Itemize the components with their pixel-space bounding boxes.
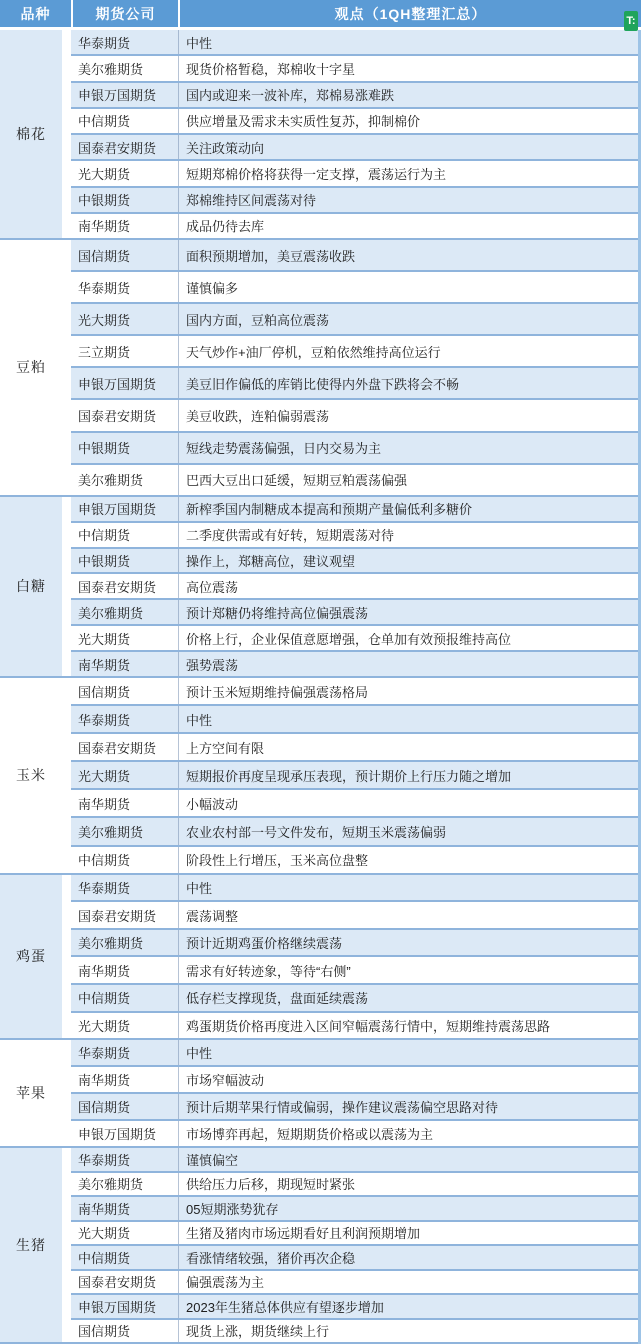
opinion-cell: 预计郑糖仍将维持高位偏强震荡 — [178, 600, 638, 624]
opinion-cell: 需求有好转迹象，等待“右侧” — [178, 957, 638, 983]
table-row: 国泰君安期货关注政策动向 — [71, 135, 638, 161]
variety-cell: 苹果 — [0, 1040, 62, 1148]
table-row: 美尔雅期货巴西大豆出口延缓，短期豆粕震荡偏强 — [71, 465, 638, 497]
opinion-cell: 美豆旧作偏低的库销比使得内外盘下跌将会不畅 — [178, 368, 638, 398]
company-cell: 美尔雅期货 — [71, 600, 178, 624]
opinion-cell: 阶段性上行增压，玉米高位盘整 — [178, 847, 638, 873]
section-rows: 华泰期货中性南华期货市场窄幅波动国信期货预计后期苹果行情或偏弱，操作建议震荡偏空… — [71, 1040, 641, 1148]
company-cell: 南华期货 — [71, 1197, 178, 1220]
column-gap — [62, 1040, 71, 1148]
table-row: 国信期货预计后期苹果行情或偏弱，操作建议震荡偏空思路对待 — [71, 1094, 638, 1121]
company-cell: 中信期货 — [71, 985, 178, 1011]
company-cell: 申银万国期货 — [71, 1121, 178, 1146]
opinion-cell: 2023年生猪总体供应有望逐步增加 — [178, 1295, 638, 1318]
company-cell: 光大期货 — [71, 304, 178, 334]
table-row: 美尔雅期货预计近期鸡蛋价格继续震荡 — [71, 930, 638, 958]
table-row: 中信期货供应增量及需求未实质性复苏，抑制棉价 — [71, 109, 638, 135]
commodity-section: 豆粕国信期货面积预期增加，美豆震荡收跌华泰期货谨慎偏多光大期货国内方面，豆粕高位… — [0, 240, 641, 497]
company-cell: 南华期货 — [71, 790, 178, 816]
table-row: 中信期货阶段性上行增压，玉米高位盘整 — [71, 847, 638, 875]
opinion-cell: 供给压力后移，期现短时紧张 — [178, 1173, 638, 1196]
opinion-cell: 关注政策动向 — [178, 135, 638, 159]
table-row: 南华期货05短期涨势犹存 — [71, 1197, 638, 1222]
opinion-cell: 美豆收跌，连粕偏弱震荡 — [178, 400, 638, 430]
table-row: 光大期货鸡蛋期货价格再度进入区间窄幅震荡行情中，短期维持震荡思路 — [71, 1013, 638, 1041]
section-rows: 国信期货预计玉米短期维持偏强震荡格局华泰期货中性国泰君安期货上方空间有限光大期货… — [71, 678, 641, 875]
opinion-cell: 二季度供需或有好转，短期震荡对待 — [178, 523, 638, 547]
brand-watermark-label: T: — [626, 16, 635, 27]
opinion-cell: 上方空间有限 — [178, 734, 638, 760]
table-row: 国泰君安期货高位震荡 — [71, 574, 638, 600]
variety-cell: 鸡蛋 — [0, 875, 62, 1041]
commodity-section: 生猪华泰期货谨慎偏空美尔雅期货供给压力后移，期现短时紧张南华期货05短期涨势犹存… — [0, 1148, 641, 1344]
company-cell: 美尔雅期货 — [71, 1173, 178, 1196]
opinion-cell: 偏强震荡为主 — [178, 1271, 638, 1294]
table-row: 光大期货价格上行，企业保值意愿增强，仓单加有效预报维持高位 — [71, 626, 638, 652]
table-row: 美尔雅期货供给压力后移，期现短时紧张 — [71, 1173, 638, 1198]
table-body: 棉花华泰期货中性美尔雅期货现货价格暂稳，郑棉收十字星申银万国期货国内或迎来一波补… — [0, 30, 641, 1344]
opinion-cell: 价格上行，企业保值意愿增强，仓单加有效预报维持高位 — [178, 626, 638, 650]
table-row: 光大期货短期郑棉价格将获得一定支撑，震荡运行为主 — [71, 161, 638, 187]
company-cell: 国泰君安期货 — [71, 1271, 178, 1294]
commodity-section: 棉花华泰期货中性美尔雅期货现货价格暂稳，郑棉收十字星申银万国期货国内或迎来一波补… — [0, 30, 641, 240]
table-row: 中银期货郑棉维持区间震荡对待 — [71, 188, 638, 214]
commodity-section: 鸡蛋华泰期货中性国泰君安期货震荡调整美尔雅期货预计近期鸡蛋价格继续震荡南华期货需… — [0, 875, 641, 1041]
table-row: 光大期货国内方面，豆粕高位震荡 — [71, 304, 638, 336]
table-row: 光大期货生猪及猪肉市场远期看好且利润预期增加 — [71, 1222, 638, 1247]
table-row: 南华期货强势震荡 — [71, 652, 638, 678]
opinion-cell: 现货上涨，期货继续上行 — [178, 1320, 638, 1343]
table-row: 申银万国期货新榨季国内制糖成本提高和预期产量偏低利多糖价 — [71, 497, 638, 523]
section-rows: 华泰期货中性国泰君安期货震荡调整美尔雅期货预计近期鸡蛋价格继续震荡南华期货需求有… — [71, 875, 641, 1041]
opinion-cell: 国内或迎来一波补库，郑棉易涨难跌 — [178, 83, 638, 107]
opinion-cell: 谨慎偏空 — [178, 1148, 638, 1171]
header-company: 期货公司 — [71, 0, 178, 27]
company-cell: 中信期货 — [71, 847, 178, 873]
company-cell: 美尔雅期货 — [71, 930, 178, 956]
variety-cell: 豆粕 — [0, 240, 62, 497]
table-row: 华泰期货中性 — [71, 875, 638, 903]
company-cell: 南华期货 — [71, 957, 178, 983]
company-cell: 中信期货 — [71, 1246, 178, 1269]
opinion-cell: 预计玉米短期维持偏强震荡格局 — [178, 678, 638, 704]
company-cell: 光大期货 — [71, 1222, 178, 1245]
table-row: 国泰君安期货震荡调整 — [71, 902, 638, 930]
company-cell: 南华期货 — [71, 214, 178, 238]
table-row: 申银万国期货市场博弈再起，短期期货价格或以震荡为主 — [71, 1121, 638, 1148]
table-row: 美尔雅期货预计郑糖仍将维持高位偏强震荡 — [71, 600, 638, 626]
table-row: 美尔雅期货现货价格暂稳，郑棉收十字星 — [71, 56, 638, 82]
header-opinion: 观点（1QH整理汇总） — [178, 0, 641, 27]
commodity-section: 玉米国信期货预计玉米短期维持偏强震荡格局华泰期货中性国泰君安期货上方空间有限光大… — [0, 678, 641, 875]
company-cell: 南华期货 — [71, 652, 178, 676]
company-cell: 国泰君安期货 — [71, 400, 178, 430]
company-cell: 光大期货 — [71, 626, 178, 650]
company-cell: 华泰期货 — [71, 1148, 178, 1171]
company-cell: 中信期货 — [71, 109, 178, 133]
table-row: 南华期货成品仍待去库 — [71, 214, 638, 240]
section-rows: 华泰期货中性美尔雅期货现货价格暂稳，郑棉收十字星申银万国期货国内或迎来一波补库，… — [71, 30, 641, 240]
company-cell: 华泰期货 — [71, 30, 178, 54]
opinion-cell: 震荡调整 — [178, 902, 638, 928]
company-cell: 申银万国期货 — [71, 497, 178, 521]
table-row: 申银万国期货国内或迎来一波补库，郑棉易涨难跌 — [71, 83, 638, 109]
table-row: 三立期货天气炒作+油厂停机，豆粕依然维持高位运行 — [71, 336, 638, 368]
opinion-cell: 中性 — [178, 706, 638, 732]
opinion-cell: 成品仍待去库 — [178, 214, 638, 238]
company-cell: 国信期货 — [71, 1320, 178, 1343]
company-cell: 美尔雅期货 — [71, 56, 178, 80]
company-cell: 中银期货 — [71, 188, 178, 212]
company-cell: 国信期货 — [71, 678, 178, 704]
table-row: 华泰期货中性 — [71, 30, 638, 56]
company-cell: 国泰君安期货 — [71, 135, 178, 159]
company-cell: 南华期货 — [71, 1067, 178, 1092]
opinion-cell: 中性 — [178, 1040, 638, 1065]
opinion-cell: 高位震荡 — [178, 574, 638, 598]
opinion-cell: 预计近期鸡蛋价格继续震荡 — [178, 930, 638, 956]
table-row: 南华期货市场窄幅波动 — [71, 1067, 638, 1094]
opinion-cell: 短线走势震荡偏强，日内交易为主 — [178, 433, 638, 463]
company-cell: 美尔雅期货 — [71, 465, 178, 495]
opinion-cell: 现货价格暂稳，郑棉收十字星 — [178, 56, 638, 80]
company-cell: 华泰期货 — [71, 272, 178, 302]
table-row: 中银期货短线走势震荡偏强，日内交易为主 — [71, 433, 638, 465]
opinion-cell: 新榨季国内制糖成本提高和预期产量偏低利多糖价 — [178, 497, 638, 521]
company-cell: 华泰期货 — [71, 875, 178, 901]
opinion-cell: 生猪及猪肉市场远期看好且利润预期增加 — [178, 1222, 638, 1245]
column-gap — [62, 1148, 71, 1344]
table-row: 国信期货面积预期增加，美豆震荡收跌 — [71, 240, 638, 272]
brand-watermark-icon: T: — [624, 11, 638, 31]
opinion-cell: 强势震荡 — [178, 652, 638, 676]
table-row: 光大期货短期报价再度呈现承压表现，预计期价上行压力随之增加 — [71, 762, 638, 790]
company-cell: 国信期货 — [71, 240, 178, 270]
company-cell: 国泰君安期货 — [71, 574, 178, 598]
company-cell: 国信期货 — [71, 1094, 178, 1119]
section-rows: 华泰期货谨慎偏空美尔雅期货供给压力后移，期现短时紧张南华期货05短期涨势犹存光大… — [71, 1148, 641, 1344]
table-row: 中信期货看涨情绪较强，猪价再次企稳 — [71, 1246, 638, 1271]
opinion-cell: 巴西大豆出口延缓，短期豆粕震荡偏强 — [178, 465, 638, 495]
opinion-cell: 市场博弈再起，短期期货价格或以震荡为主 — [178, 1121, 638, 1146]
opinion-cell: 低存栏支撑现货，盘面延续震荡 — [178, 985, 638, 1011]
opinion-cell: 市场窄幅波动 — [178, 1067, 638, 1092]
variety-cell: 棉花 — [0, 30, 62, 240]
futures-opinion-table: 品种 期货公司 观点（1QH整理汇总） T: 棉花华泰期货中性美尔雅期货现货价格… — [0, 0, 641, 1344]
table-row: 申银万国期货2023年生猪总体供应有望逐步增加 — [71, 1295, 638, 1320]
company-cell: 三立期货 — [71, 336, 178, 366]
company-cell: 华泰期货 — [71, 706, 178, 732]
table-row: 美尔雅期货农业农村部一号文件发布，短期玉米震荡偏弱 — [71, 818, 638, 846]
variety-cell: 生猪 — [0, 1148, 62, 1344]
commodity-section: 白糖申银万国期货新榨季国内制糖成本提高和预期产量偏低利多糖价中信期货二季度供需或… — [0, 497, 641, 678]
opinion-cell: 预计后期苹果行情或偏弱，操作建议震荡偏空思路对待 — [178, 1094, 638, 1119]
table-row: 中信期货低存栏支撑现货，盘面延续震荡 — [71, 985, 638, 1013]
company-cell: 华泰期货 — [71, 1040, 178, 1065]
opinion-cell: 中性 — [178, 875, 638, 901]
table-row: 南华期货需求有好转迹象，等待“右侧” — [71, 957, 638, 985]
company-cell: 国泰君安期货 — [71, 902, 178, 928]
header-variety: 品种 — [0, 0, 71, 27]
column-gap — [62, 30, 71, 240]
opinion-cell: 小幅波动 — [178, 790, 638, 816]
column-gap — [62, 240, 71, 497]
opinion-cell: 谨慎偏多 — [178, 272, 638, 302]
company-cell: 申银万国期货 — [71, 1295, 178, 1318]
opinion-cell: 郑棉维持区间震荡对待 — [178, 188, 638, 212]
table-row: 华泰期货谨慎偏多 — [71, 272, 638, 304]
company-cell: 申银万国期货 — [71, 83, 178, 107]
company-cell: 中银期货 — [71, 549, 178, 573]
table-row: 华泰期货中性 — [71, 706, 638, 734]
variety-cell: 玉米 — [0, 678, 62, 875]
company-cell: 光大期货 — [71, 762, 178, 788]
opinion-cell: 中性 — [178, 30, 638, 54]
table-row: 华泰期货中性 — [71, 1040, 638, 1067]
company-cell: 中银期货 — [71, 433, 178, 463]
opinion-cell: 面积预期增加，美豆震荡收跌 — [178, 240, 638, 270]
table-row: 国信期货预计玉米短期维持偏强震荡格局 — [71, 678, 638, 706]
company-cell: 美尔雅期货 — [71, 818, 178, 844]
opinion-cell: 鸡蛋期货价格再度进入区间窄幅震荡行情中，短期维持震荡思路 — [178, 1013, 638, 1039]
column-gap — [62, 875, 71, 1041]
company-cell: 国泰君安期货 — [71, 734, 178, 760]
column-gap — [62, 497, 71, 678]
company-cell: 中信期货 — [71, 523, 178, 547]
opinion-cell: 短期报价再度呈现承压表现，预计期价上行压力随之增加 — [178, 762, 638, 788]
table-row: 南华期货小幅波动 — [71, 790, 638, 818]
section-rows: 申银万国期货新榨季国内制糖成本提高和预期产量偏低利多糖价中信期货二季度供需或有好… — [71, 497, 641, 678]
company-cell: 光大期货 — [71, 1013, 178, 1039]
opinion-cell: 天气炒作+油厂停机，豆粕依然维持高位运行 — [178, 336, 638, 366]
opinion-cell: 短期郑棉价格将获得一定支撑，震荡运行为主 — [178, 161, 638, 185]
table-row: 国泰君安期货偏强震荡为主 — [71, 1271, 638, 1296]
company-cell: 申银万国期货 — [71, 368, 178, 398]
variety-cell: 白糖 — [0, 497, 62, 678]
table-row: 国泰君安期货上方空间有限 — [71, 734, 638, 762]
opinion-cell: 供应增量及需求未实质性复苏，抑制棉价 — [178, 109, 638, 133]
table-row: 中银期货操作上，郑糖高位，建议观望 — [71, 549, 638, 575]
opinion-cell: 操作上，郑糖高位，建议观望 — [178, 549, 638, 573]
table-header-row: 品种 期货公司 观点（1QH整理汇总） — [0, 0, 641, 27]
commodity-section: 苹果华泰期货中性南华期货市场窄幅波动国信期货预计后期苹果行情或偏弱，操作建议震荡… — [0, 1040, 641, 1148]
table-row: 国信期货现货上涨，期货继续上行 — [71, 1320, 638, 1344]
section-rows: 国信期货面积预期增加，美豆震荡收跌华泰期货谨慎偏多光大期货国内方面，豆粕高位震荡… — [71, 240, 641, 497]
opinion-cell: 国内方面，豆粕高位震荡 — [178, 304, 638, 334]
table-row: 中信期货二季度供需或有好转，短期震荡对待 — [71, 523, 638, 549]
table-row: 国泰君安期货美豆收跌，连粕偏弱震荡 — [71, 400, 638, 432]
column-gap — [62, 678, 71, 875]
table-row: 申银万国期货美豆旧作偏低的库销比使得内外盘下跌将会不畅 — [71, 368, 638, 400]
opinion-cell: 农业农村部一号文件发布，短期玉米震荡偏弱 — [178, 818, 638, 844]
opinion-cell: 05短期涨势犹存 — [178, 1197, 638, 1220]
table-row: 华泰期货谨慎偏空 — [71, 1148, 638, 1173]
opinion-cell: 看涨情绪较强，猪价再次企稳 — [178, 1246, 638, 1269]
company-cell: 光大期货 — [71, 161, 178, 185]
